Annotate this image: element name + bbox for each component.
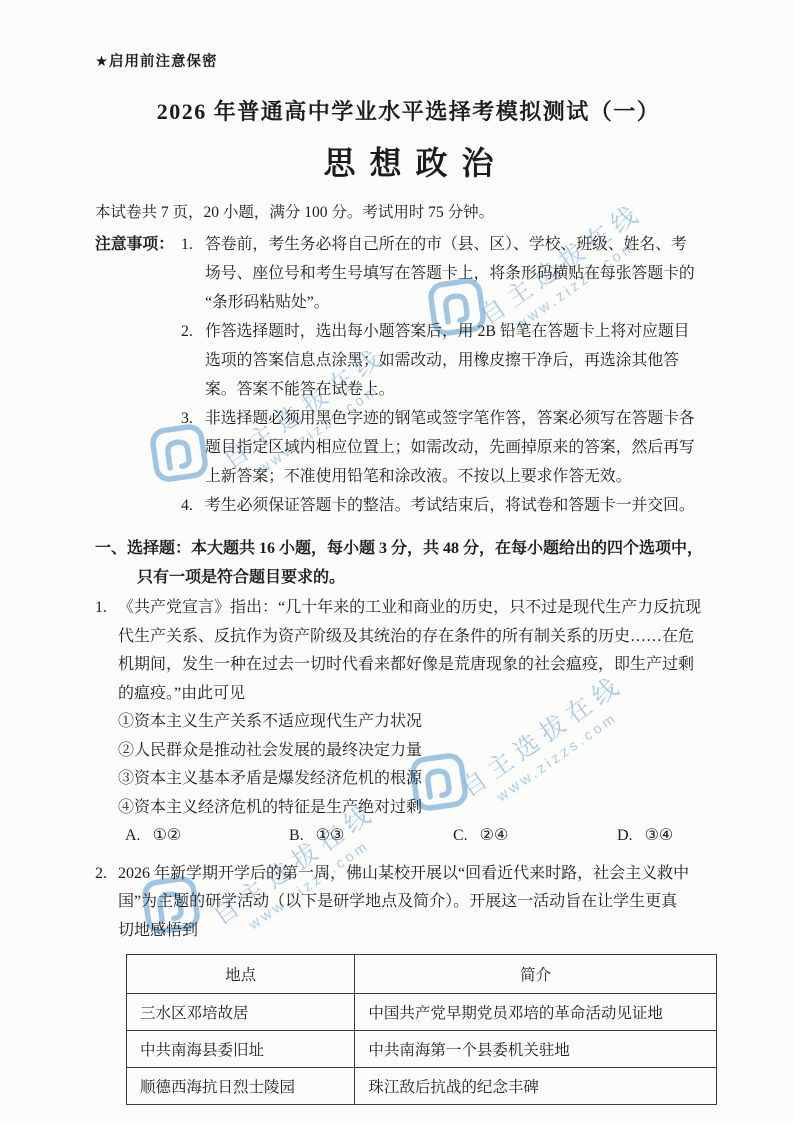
stem-line: 国”为主题的研学活动（以下是研学地点及简介）。开展这一活动旨在让学生更真: [118, 888, 722, 917]
choice-value: ①②: [153, 827, 182, 844]
stem-line: 代生产关系、反抗作为资产阶级及其统治的存在条件的所有制关系的历史……在危: [118, 623, 722, 652]
notice-item-number: 1.: [181, 230, 205, 259]
table-header-place: 地点: [127, 955, 355, 994]
question-body: 《共产党宣言》指出：“几十年来的工业和商业的历史，只不过是现代生产力反抗现 代生…: [118, 594, 722, 851]
section-heading-line: 一、选择题：本大题共 16 小题，每小题 3 分，共 48 分，在每小题给出的四…: [95, 534, 722, 563]
table-row: 三水区邓培故居 中国共产党早期党员邓培的革命活动见证地: [127, 994, 717, 1031]
notice-item-2: 2. 作答选择题时，选出每小题答案后，用 2B 铅笔在答题卡上将对应题目 选项的…: [95, 317, 722, 404]
page-content: ★启用前注意保密 2026 年普通高中学业水平选择考模拟测试（一） 思想政治 本…: [0, 0, 794, 1105]
stem-line: 《共产党宣言》指出：“几十年来的工业和商业的历史，只不过是现代生产力反抗现: [118, 594, 722, 623]
table-cell-place: 顺德西海抗日烈士陵园: [127, 1068, 355, 1105]
choice-value: ②④: [480, 827, 509, 844]
notice-line: 上新答案；不准使用铅笔和涂改液。不按以上要求作答无效。: [205, 462, 722, 491]
exam-paper-page: 自主选拔在线 www.zizzs.com 自主选拔在线 www.zizzs.co…: [0, 0, 794, 1123]
paper-info: 本试卷共 7 页，20 小题，满分 100 分。考试用时 75 分钟。: [95, 200, 722, 222]
question-1: 1. 《共产党宣言》指出：“几十年来的工业和商业的历史，只不过是现代生产力反抗现…: [95, 594, 722, 851]
choice-b: B.①③: [289, 822, 453, 851]
question-number: 1.: [95, 594, 118, 623]
notice-line: 作答选择题时，选出每小题答案后，用 2B 铅笔在答题卡上将对应题目: [205, 317, 722, 346]
table-cell-desc: 珠江敌后抗战的纪念丰碑: [355, 1068, 717, 1105]
choice-row: A.①② B.①③ C.②④ D.③④: [118, 822, 722, 851]
choice-label: C.: [453, 827, 468, 844]
option-statement: ④资本主义经济危机的特征是生产绝对过剩: [118, 794, 722, 823]
table-cell-place: 三水区邓培故居: [127, 994, 355, 1031]
choice-label: A.: [125, 827, 141, 844]
notice-line: 案。答案不能答在试卷上。: [205, 375, 722, 404]
section-heading: 一、选择题：本大题共 16 小题，每小题 3 分，共 48 分，在每小题给出的四…: [95, 534, 722, 592]
notice-item-number: 2.: [181, 317, 205, 346]
exam-title: 2026 年普通高中学业水平选择考模拟测试（一）: [95, 95, 722, 126]
choice-value: ①③: [316, 827, 345, 844]
question-body: 2026 年新学期开学后的第一周，佛山某校开展以“回看近代来时路，社会主义救中 …: [118, 860, 722, 946]
notice-item-text: 作答选择题时，选出每小题答案后，用 2B 铅笔在答题卡上将对应题目 选项的答案信…: [205, 317, 722, 404]
notice-item-4: 4. 考生必须保证答题卡的整洁。考试结束后，将试卷和答题卡一并交回。: [95, 491, 722, 520]
notice-label: 注意事项：: [95, 230, 181, 259]
notice-item-1: 注意事项： 1. 答卷前，考生务必将自己所在的市（县、区）、学校、班级、姓名、考…: [95, 230, 722, 317]
option-statement: ②人民群众是推动社会发展的最终决定力量: [118, 737, 722, 766]
stem-line: 2026 年新学期开学后的第一周，佛山某校开展以“回看近代来时路，社会主义救中: [118, 860, 722, 889]
notice-line: 答卷前，考生务必将自己所在的市（县、区）、学校、班级、姓名、考: [205, 230, 722, 259]
table-header-desc: 简介: [355, 955, 717, 994]
study-locations-table: 地点 简介 三水区邓培故居 中国共产党早期党员邓培的革命活动见证地 中共南海县委…: [126, 954, 717, 1105]
choice-label: D.: [617, 827, 633, 844]
security-note: ★启用前注意保密: [95, 50, 722, 71]
notice-line: 非选择题必须用黑色字迹的钢笔或签字笔作答，答案必须写在答题卡各: [205, 404, 722, 433]
notice-section: 注意事项： 1. 答卷前，考生务必将自己所在的市（县、区）、学校、班级、姓名、考…: [95, 230, 722, 520]
stem-line: 切地感悟到: [118, 917, 722, 946]
table-cell-desc: 中共南海第一个县委机关驻地: [355, 1031, 717, 1068]
table-header-row: 地点 简介: [127, 955, 717, 994]
question-number: 2.: [95, 860, 118, 889]
notice-item-3: 3. 非选择题必须用黑色字迹的钢笔或签字笔作答，答案必须写在答题卡各 题目指定区…: [95, 404, 722, 491]
table-row: 中共南海县委旧址 中共南海第一个县委机关驻地: [127, 1031, 717, 1068]
question-2: 2. 2026 年新学期开学后的第一周，佛山某校开展以“回看近代来时路，社会主义…: [95, 860, 722, 946]
stem-line: 的瘟疫。”由此可见: [118, 680, 722, 709]
notice-line: “条形码粘贴处”。: [205, 288, 722, 317]
subject-title: 思想政治: [95, 138, 722, 184]
notice-item-number: 3.: [181, 404, 205, 433]
stem-line: 机期间，发生一种在过去一切时代看来都好像是荒唐现象的社会瘟疫，即生产过剩: [118, 651, 722, 680]
choice-a: A.①②: [125, 822, 289, 851]
notice-item-text: 考生必须保证答题卡的整洁。考试结束后，将试卷和答题卡一并交回。: [205, 491, 722, 520]
choice-value: ③④: [645, 827, 674, 844]
notice-item-number: 4.: [181, 491, 205, 520]
option-statement: ③资本主义基本矛盾是爆发经济危机的根源: [118, 765, 722, 794]
notice-item-text: 非选择题必须用黑色字迹的钢笔或签字笔作答，答案必须写在答题卡各 题目指定区域内相…: [205, 404, 722, 491]
choice-c: C.②④: [453, 822, 617, 851]
notice-line: 考生必须保证答题卡的整洁。考试结束后，将试卷和答题卡一并交回。: [205, 491, 722, 520]
choice-d: D.③④: [617, 822, 673, 851]
notice-line: 场号、座位号和考生号填写在答题卡上，将条形码横贴在每张答题卡的: [205, 259, 722, 288]
option-statement: ①资本主义生产关系不适应现代生产力状况: [118, 708, 722, 737]
notice-item-text: 答卷前，考生务必将自己所在的市（县、区）、学校、班级、姓名、考 场号、座位号和考…: [205, 230, 722, 317]
table-cell-place: 中共南海县委旧址: [127, 1031, 355, 1068]
notice-line: 选项的答案信息点涂黑；如需改动，用橡皮擦干净后，再选涂其他答: [205, 346, 722, 375]
choice-label: B.: [289, 827, 304, 844]
table-row: 顺德西海抗日烈士陵园 珠江敌后抗战的纪念丰碑: [127, 1068, 717, 1105]
notice-line: 题目指定区域内相应位置上；如需改动，先画掉原来的答案，然后再写: [205, 433, 722, 462]
table-cell-desc: 中国共产党早期党员邓培的革命活动见证地: [355, 994, 717, 1031]
section-heading-line: 只有一项是符合题目要求的。: [95, 563, 722, 592]
